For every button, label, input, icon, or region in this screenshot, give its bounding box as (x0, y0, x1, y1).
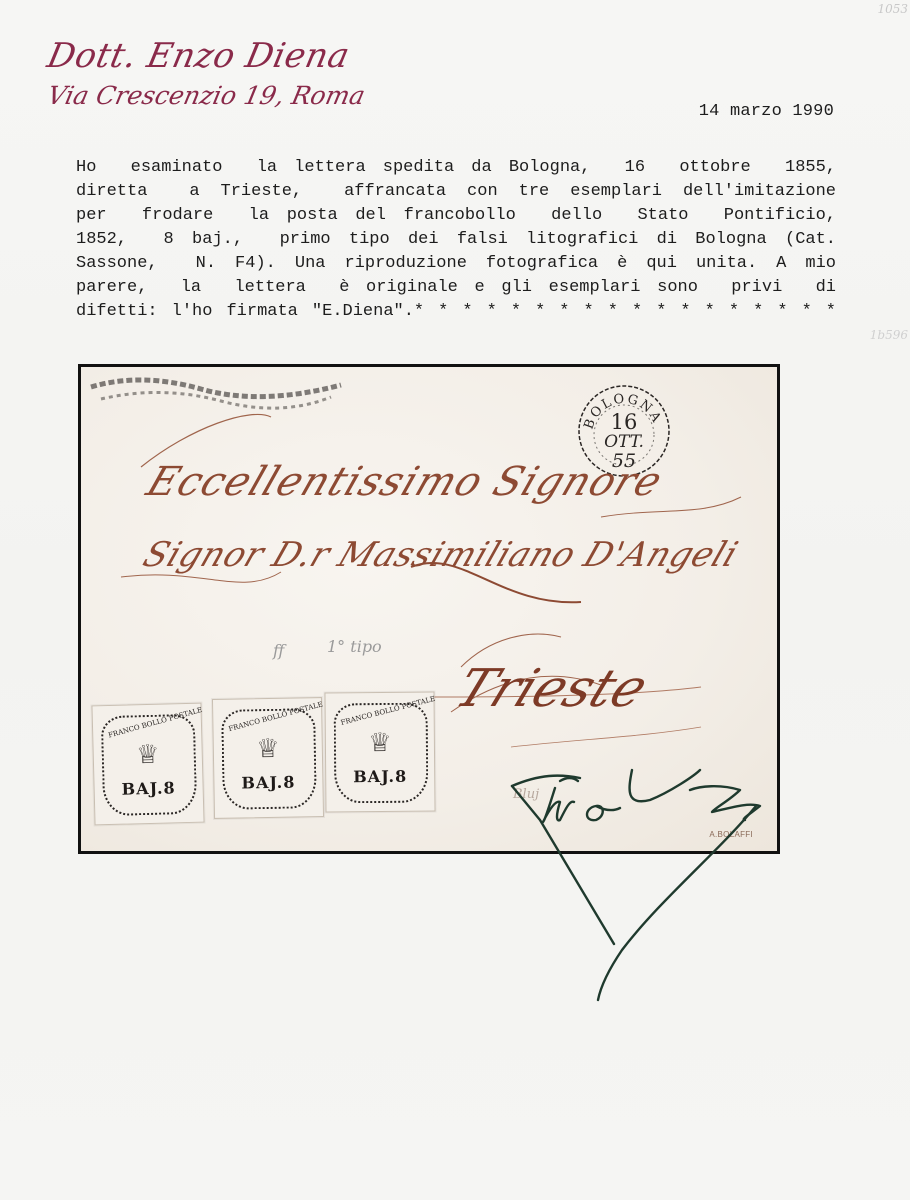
certificate-page: 1053 Dott. Enzo Diena Via Crescenzio 19,… (0, 0, 910, 1200)
stamp-value: BAJ.8 (94, 778, 202, 800)
stamp: FRANCO BOLLO POSTALE ♕ BAJ.8 (324, 692, 435, 813)
address-line-city: Trieste (447, 659, 657, 719)
stamp-value: BAJ.8 (214, 772, 322, 793)
body-line: per frodare la posta del francobollo del… (76, 204, 836, 228)
body-line: diretta a Trieste, affrancata con tre es… (76, 180, 836, 204)
tiara-keys-icon: ♕ (127, 736, 168, 773)
cover-photograph: BOLOGNA 16 OTT. 55 Eccellentissimo Signo… (78, 364, 780, 854)
margin-note-mid: 1b596 (870, 328, 908, 342)
certificate-body: Ho esaminato la lettera spedita da Bolog… (76, 156, 836, 324)
letterhead-address: Via Crescenzio 19, Roma (45, 80, 368, 112)
tiara-keys-icon: ♕ (360, 725, 400, 761)
body-line: Ho esaminato la lettera spedita da Bolog… (76, 156, 836, 180)
postmark-day: 16 (576, 411, 672, 433)
body-line: difetti: l'ho firmata "E.Diena".* * * * … (76, 300, 836, 324)
postmark-month: OTT. (576, 433, 672, 451)
pencil-note: Bluj (513, 787, 539, 802)
margin-note-top: 1053 (877, 2, 908, 16)
body-line: 1852, 8 baj., primo tipo dei falsi litog… (76, 228, 836, 252)
stamp: FRANCO BOLLO POSTALE ♕ BAJ.8 (91, 703, 204, 826)
body-line: Sassone, N. F4). Una riproduzione fotogr… (76, 252, 836, 276)
stamp: FRANCO BOLLO POSTALE ♕ BAJ.8 (212, 697, 324, 819)
photographer-credit: A.BOLAFFI (709, 830, 753, 839)
pencil-note: ff (273, 641, 284, 660)
letterhead: Dott. Enzo Diena Via Crescenzio 19, Roma (48, 36, 364, 112)
certificate-date: 14 marzo 1990 (699, 102, 834, 121)
address-line-salutation: Eccellentissimo Signore (141, 459, 669, 505)
address-line-recipient: Signor D.r Massimiliano D'Angeli (138, 535, 744, 575)
body-line: parere, la lettera è originale e gli ese… (76, 276, 836, 300)
tiara-keys-icon: ♕ (248, 731, 289, 768)
pencil-note: 1° tipo (327, 637, 382, 656)
stamp-value: BAJ.8 (326, 767, 434, 787)
letterhead-name: Dott. Enzo Diena (44, 36, 369, 76)
